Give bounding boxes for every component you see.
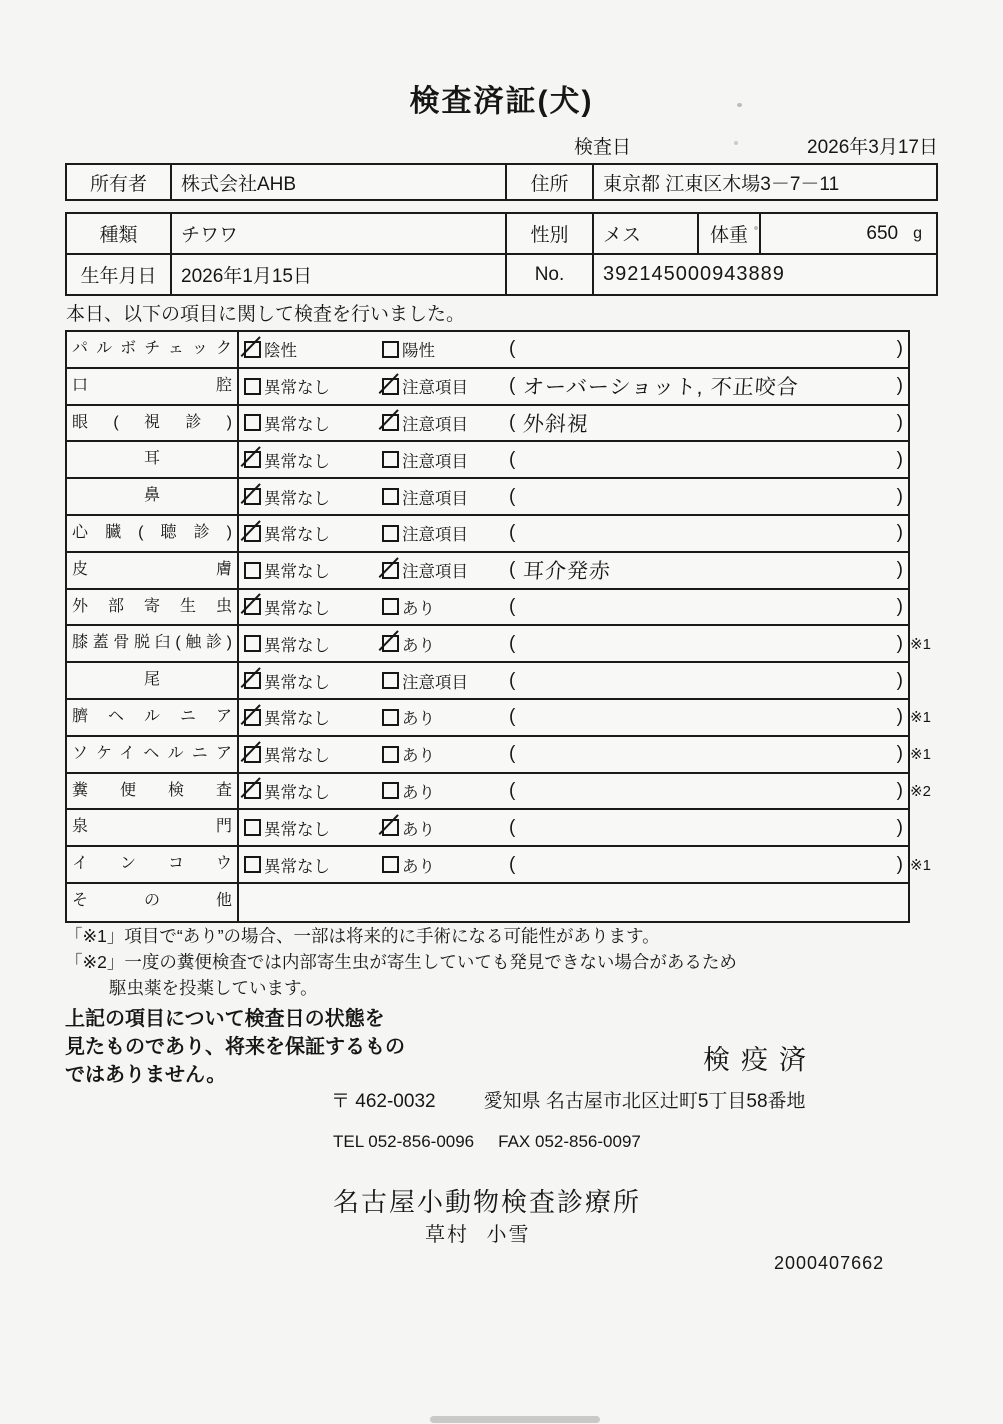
breed-row: 種類 チワワ 性別 メス 体重 650 g [67, 214, 936, 255]
row-remarks: ( ) [509, 780, 908, 802]
footnote-1: 「※1」項目で“あり”の場合、一部は将来的に手術になる可能性があります。 [65, 923, 945, 949]
paren-close: ) [897, 559, 903, 581]
checkbox-icon [244, 856, 261, 873]
checkbox-icon [382, 525, 399, 542]
checkbox-icon [244, 782, 261, 799]
owner-table: 所有者 株式会社AHB 住所 東京都 江東区木場3－7－11 [65, 163, 938, 201]
checkbox-icon [382, 598, 399, 615]
row-content: 異常なし 注意項目 ( ) [239, 516, 908, 551]
paren-open: ( [509, 338, 515, 360]
weight-value-cell: 650 g [761, 214, 936, 253]
row-content: 異常なし 注意項目 ( ) [239, 442, 908, 477]
paren-open: ( [509, 449, 515, 471]
row-option-1: 異常なし [244, 521, 382, 545]
birth-value: 2026年1月15日 [172, 255, 507, 294]
weight-value: 650 [866, 223, 898, 245]
paren-close: ) [897, 449, 903, 471]
row-remarks: ( ) [509, 449, 908, 471]
row-remarks: ( 外斜視 ) [509, 408, 908, 438]
clinic-name: 名古屋小動物検査診療所 [333, 1182, 641, 1219]
checklist-row: 外部寄生虫 異常なし あり ( ) [67, 590, 908, 627]
row-option-1: 異常なし [244, 558, 382, 582]
row-label: 糞便検査 [67, 774, 239, 809]
row-option-2: あり [382, 779, 509, 803]
checklist-row: 口腔 異常なし 注意項目 ( オーバーショット, 不正咬合 ) [67, 369, 908, 406]
checkbox-icon [244, 709, 261, 726]
option2-label: 注意項目 [402, 558, 468, 582]
checkbox-icon [382, 451, 399, 468]
checkbox-icon [382, 488, 399, 505]
clinic-fax: FAX 052-856-0097 [498, 1132, 641, 1152]
checklist-row: インコウ 異常なし あり ( ) ※1 [67, 847, 908, 884]
checkbox-icon [382, 341, 399, 358]
option2-label: 注意項目 [402, 374, 468, 398]
checklist-row: パルボチェック 陰性 陽性 ( ) [67, 332, 908, 369]
paren-open: ( [509, 596, 515, 618]
paren-open: ( [509, 817, 515, 839]
checkbox-icon [382, 856, 399, 873]
row-option-2: 注意項目 [382, 669, 509, 693]
row-option-2: 注意項目 [382, 448, 509, 472]
checkbox-icon [382, 672, 399, 689]
checklist-row: 耳 異常なし 注意項目 ( ) [67, 442, 908, 479]
checklist-row: 臍ヘルニア 異常なし あり ( ) ※1 [67, 700, 908, 737]
row-content: 異常なし あり ( ) [239, 700, 908, 735]
paren-open: ( [509, 670, 515, 692]
row-option-2: 注意項目 [382, 485, 509, 509]
paren-close: ) [897, 817, 903, 839]
row-content: 異常なし あり ( ) [239, 626, 908, 661]
paren-close: ) [897, 338, 903, 360]
row-option-2: 注意項目 [382, 411, 509, 435]
checkbox-icon [382, 746, 399, 763]
option2-label: 陽性 [402, 337, 435, 361]
intro-text: 本日、以下の項目に関して検査を行いました。 [66, 299, 465, 326]
checkbox-icon [244, 672, 261, 689]
row-label: 外部寄生虫 [67, 590, 239, 625]
row-label: 臍ヘルニア [67, 700, 239, 735]
checklist-row: その他 [67, 884, 908, 921]
row-option-1: 異常なし [244, 705, 382, 729]
option1-label: 異常なし [264, 816, 330, 840]
row-content: 異常なし あり ( ) [239, 810, 908, 845]
row-footnote-mark: ※1 [910, 856, 946, 874]
row-footnote-mark: ※1 [910, 745, 946, 763]
weight-unit: g [913, 225, 922, 243]
checkbox-icon [244, 598, 261, 615]
clinic-phone-line: TEL 052-856-0096 FAX 052-856-0097 [333, 1132, 641, 1152]
paren-open: ( [509, 780, 515, 802]
paren-open: ( [509, 743, 515, 765]
row-label: 尾 [67, 663, 239, 698]
row-remarks: ( ) [509, 338, 908, 360]
row-content: 陰性 陽性 ( ) [239, 332, 908, 367]
paren-close: ) [897, 596, 903, 618]
checkbox-icon [244, 819, 261, 836]
row-remarks: ( ) [509, 522, 908, 544]
paren-close: ) [897, 706, 903, 728]
row-remarks: ( ) [509, 670, 908, 692]
sex-label: 性別 [507, 214, 594, 253]
row-content: 異常なし あり ( ) [239, 737, 908, 772]
examiner-name: 草村 小雪 [425, 1218, 531, 1247]
row-remarks: ( ) [509, 706, 908, 728]
option1-label: 異常なし [264, 448, 330, 472]
serial-number: 2000407662 [774, 1253, 884, 1274]
row-remarks: ( ) [509, 486, 908, 508]
row-footnote-mark: ※2 [910, 782, 946, 800]
checkbox-icon [244, 525, 261, 542]
number-label: No. [507, 255, 594, 294]
checklist-row: 心臓(聴診) 異常なし 注意項目 ( ) [67, 516, 908, 553]
quarantine-stamp: 検疫済 [703, 1038, 817, 1077]
exam-date-row: 検査日 2026年3月17日 [574, 132, 938, 159]
clinic-address-line: 〒 462-0032 愛知県 名古屋市北区辻町5丁目58番地 [331, 1086, 806, 1113]
number-value: 392145000943889 [594, 255, 936, 294]
option2-label: あり [402, 816, 435, 840]
owner-label: 所有者 [67, 165, 172, 199]
checklist-row: 膝蓋骨脱臼(触診) 異常なし あり ( ) ※1 [67, 626, 908, 663]
birth-row: 生年月日 2026年1月15日 No. 392145000943889 [67, 255, 936, 294]
checklist-row: 鼻 異常なし 注意項目 ( ) [67, 479, 908, 516]
paren-close: ) [897, 670, 903, 692]
row-option-2: 注意項目 [382, 374, 509, 398]
row-finding: 外斜視 [514, 408, 897, 438]
checkbox-icon [244, 635, 261, 652]
row-option-1: 異常なし [244, 853, 382, 877]
row-label: パルボチェック [67, 332, 239, 367]
paren-open: ( [509, 633, 515, 655]
sex-value: メス [594, 214, 699, 253]
row-option-1: 異常なし [244, 742, 382, 766]
row-option-1: 異常なし [244, 669, 382, 693]
row-remarks: ( ) [509, 854, 908, 876]
row-label: 皮膚 [67, 553, 239, 588]
paren-close: ) [897, 854, 903, 876]
row-option-2: あり [382, 595, 509, 619]
row-option-2: あり [382, 742, 509, 766]
row-option-1: 異常なし [244, 779, 382, 803]
birth-label: 生年月日 [67, 255, 172, 294]
row-option-2: 注意項目 [382, 558, 509, 582]
option2-label: 注意項目 [402, 485, 468, 509]
owner-row: 所有者 株式会社AHB 住所 東京都 江東区木場3－7－11 [67, 165, 936, 199]
row-option-1: 異常なし [244, 485, 382, 509]
row-option-1: 異常なし [244, 595, 382, 619]
exam-date-value: 2026年3月17日 [807, 132, 938, 159]
option2-label: あり [402, 853, 435, 877]
paren-open: ( [509, 854, 515, 876]
disclaimer-line3: ではありません。 [65, 1061, 405, 1089]
paren-close: ) [897, 375, 903, 397]
checkbox-icon [244, 488, 261, 505]
clinic-tel: TEL 052-856-0096 [333, 1132, 474, 1152]
row-option-1: 異常なし [244, 448, 382, 472]
row-label: 膝蓋骨脱臼(触診) [67, 626, 239, 661]
option2-label: あり [402, 632, 435, 656]
row-label: 心臓(聴診) [67, 516, 239, 551]
row-content: 異常なし あり ( ) [239, 847, 908, 882]
row-remarks: ( オーバーショット, 不正咬合 ) [509, 371, 908, 401]
row-option-2: あり [382, 816, 509, 840]
clinic-postal-code: 〒 462-0032 [331, 1086, 436, 1113]
row-remarks: ( 耳介発赤 ) [509, 555, 908, 585]
option1-label: 異常なし [264, 705, 330, 729]
option2-label: あり [402, 595, 435, 619]
checkbox-icon [244, 746, 261, 763]
option1-label: 異常なし [264, 669, 330, 693]
row-remarks: ( ) [509, 817, 908, 839]
clinic-address: 愛知県 名古屋市北区辻町5丁目58番地 [484, 1086, 806, 1113]
checklist-row: 泉門 異常なし あり ( ) [67, 810, 908, 847]
option1-label: 異常なし [264, 853, 330, 877]
checkbox-icon [244, 451, 261, 468]
disclaimer-block: 上記の項目について検査日の状態を 見たものであり、将来を保証するもの ではありま… [65, 1005, 405, 1089]
row-content [239, 884, 908, 921]
row-content: 異常なし あり ( ) [239, 590, 908, 625]
checklist-row: 尾 異常なし 注意項目 ( ) [67, 663, 908, 700]
option1-label: 異常なし [264, 485, 330, 509]
checkbox-icon [382, 782, 399, 799]
option2-label: 注意項目 [402, 521, 468, 545]
footnote-2-line1: 「※2」一度の糞便検査では内部寄生虫が寄生していても発見できない場合があるため [65, 949, 945, 975]
row-content: 異常なし 注意項目 ( ) [239, 479, 908, 514]
option2-label: あり [402, 742, 435, 766]
scan-artifact [430, 1416, 600, 1423]
paren-open: ( [509, 522, 515, 544]
owner-value: 株式会社AHB [172, 165, 507, 199]
row-footnote-mark: ※1 [910, 708, 946, 726]
weight-label: 体重 [699, 214, 761, 253]
row-finding: 耳介発赤 [514, 555, 897, 585]
row-remarks: ( ) [509, 743, 908, 765]
row-option-2: あり [382, 853, 509, 877]
paren-close: ) [897, 522, 903, 544]
row-footnote-mark: ※1 [910, 635, 946, 653]
option1-label: 異常なし [264, 411, 330, 435]
checkbox-icon [382, 709, 399, 726]
paren-close: ) [897, 412, 903, 434]
option1-label: 異常なし [264, 632, 330, 656]
option2-label: あり [402, 779, 435, 803]
row-content: 異常なし 注意項目 ( オーバーショット, 不正咬合 ) [239, 369, 908, 404]
row-option-1: 異常なし [244, 411, 382, 435]
checkbox-icon [244, 562, 261, 579]
option1-label: 異常なし [264, 521, 330, 545]
checkbox-icon [382, 819, 399, 836]
animal-table: 種類 チワワ 性別 メス 体重 650 g 生年月日 2026年1月15日 No… [65, 212, 938, 296]
paren-close: ) [897, 486, 903, 508]
scan-artifact [734, 141, 738, 145]
row-content: 異常なし 注意項目 ( 外斜視 ) [239, 406, 908, 441]
paren-close: ) [897, 780, 903, 802]
row-option-1: 陰性 [244, 337, 382, 361]
option1-label: 異常なし [264, 779, 330, 803]
checklist-row: 皮膚 異常なし 注意項目 ( 耳介発赤 ) [67, 553, 908, 590]
checkbox-icon [382, 414, 399, 431]
row-label: 口腔 [67, 369, 239, 404]
row-option-2: 注意項目 [382, 521, 509, 545]
row-label: 鼻 [67, 479, 239, 514]
page-title: 検査済証(犬) [0, 76, 1003, 120]
row-option-1: 異常なし [244, 816, 382, 840]
disclaimer-line2: 見たものであり、将来を保証するもの [65, 1033, 405, 1061]
checklist-row: ソケイヘルニア 異常なし あり ( ) ※1 [67, 737, 908, 774]
option2-label: 注意項目 [402, 448, 468, 472]
option2-label: あり [402, 705, 435, 729]
row-label: 泉門 [67, 810, 239, 845]
row-option-2: 陽性 [382, 337, 509, 361]
footnote-2-line2: 駆虫薬を投薬しています。 [65, 975, 945, 1001]
row-option-1: 異常なし [244, 632, 382, 656]
row-option-1: 異常なし [244, 374, 382, 398]
checkbox-icon [244, 378, 261, 395]
row-content: 異常なし 注意項目 ( 耳介発赤 ) [239, 553, 908, 588]
paren-close: ) [897, 743, 903, 765]
checkbox-icon [382, 562, 399, 579]
footnotes-block: 「※1」項目で“あり”の場合、一部は将来的に手術になる可能性があります。 「※2… [65, 923, 945, 1001]
disclaimer-line1: 上記の項目について検査日の状態を [65, 1005, 405, 1033]
option1-label: 異常なし [264, 374, 330, 398]
row-content: 異常なし 注意項目 ( ) [239, 663, 908, 698]
row-label: ソケイヘルニア [67, 737, 239, 772]
option2-label: 注意項目 [402, 669, 468, 693]
address-value: 東京都 江東区木場3－7－11 [594, 165, 936, 199]
row-label: インコウ [67, 847, 239, 882]
checkbox-icon [382, 635, 399, 652]
checklist-row: 糞便検査 異常なし あり ( ) ※2 [67, 774, 908, 811]
row-content: 異常なし あり ( ) [239, 774, 908, 809]
row-label: その他 [67, 884, 239, 921]
scan-artifact [737, 103, 742, 107]
checklist-row: 眼(視診) 異常なし 注意項目 ( 外斜視 ) [67, 406, 908, 443]
row-label: 耳 [67, 442, 239, 477]
paren-close: ) [897, 633, 903, 655]
row-finding: オーバーショット, 不正咬合 [514, 371, 897, 401]
row-option-2: あり [382, 705, 509, 729]
checkbox-icon [382, 378, 399, 395]
scan-artifact [754, 226, 758, 230]
option2-label: 注意項目 [402, 411, 468, 435]
option1-label: 異常なし [264, 595, 330, 619]
row-option-2: あり [382, 632, 509, 656]
checkbox-icon [244, 341, 261, 358]
row-remarks: ( ) [509, 633, 908, 655]
paren-open: ( [509, 706, 515, 728]
breed-value: チワワ [172, 214, 507, 253]
option1-label: 異常なし [264, 742, 330, 766]
exam-date-label: 検査日 [574, 132, 631, 159]
row-remarks: ( ) [509, 596, 908, 618]
row-label: 眼(視診) [67, 406, 239, 441]
paren-open: ( [509, 486, 515, 508]
option1-label: 異常なし [264, 558, 330, 582]
option1-label: 陰性 [264, 337, 297, 361]
breed-label: 種類 [67, 214, 172, 253]
address-label: 住所 [507, 165, 594, 199]
checkbox-icon [244, 414, 261, 431]
checklist-table: パルボチェック 陰性 陽性 ( ) 口腔 異常なし [65, 330, 910, 923]
